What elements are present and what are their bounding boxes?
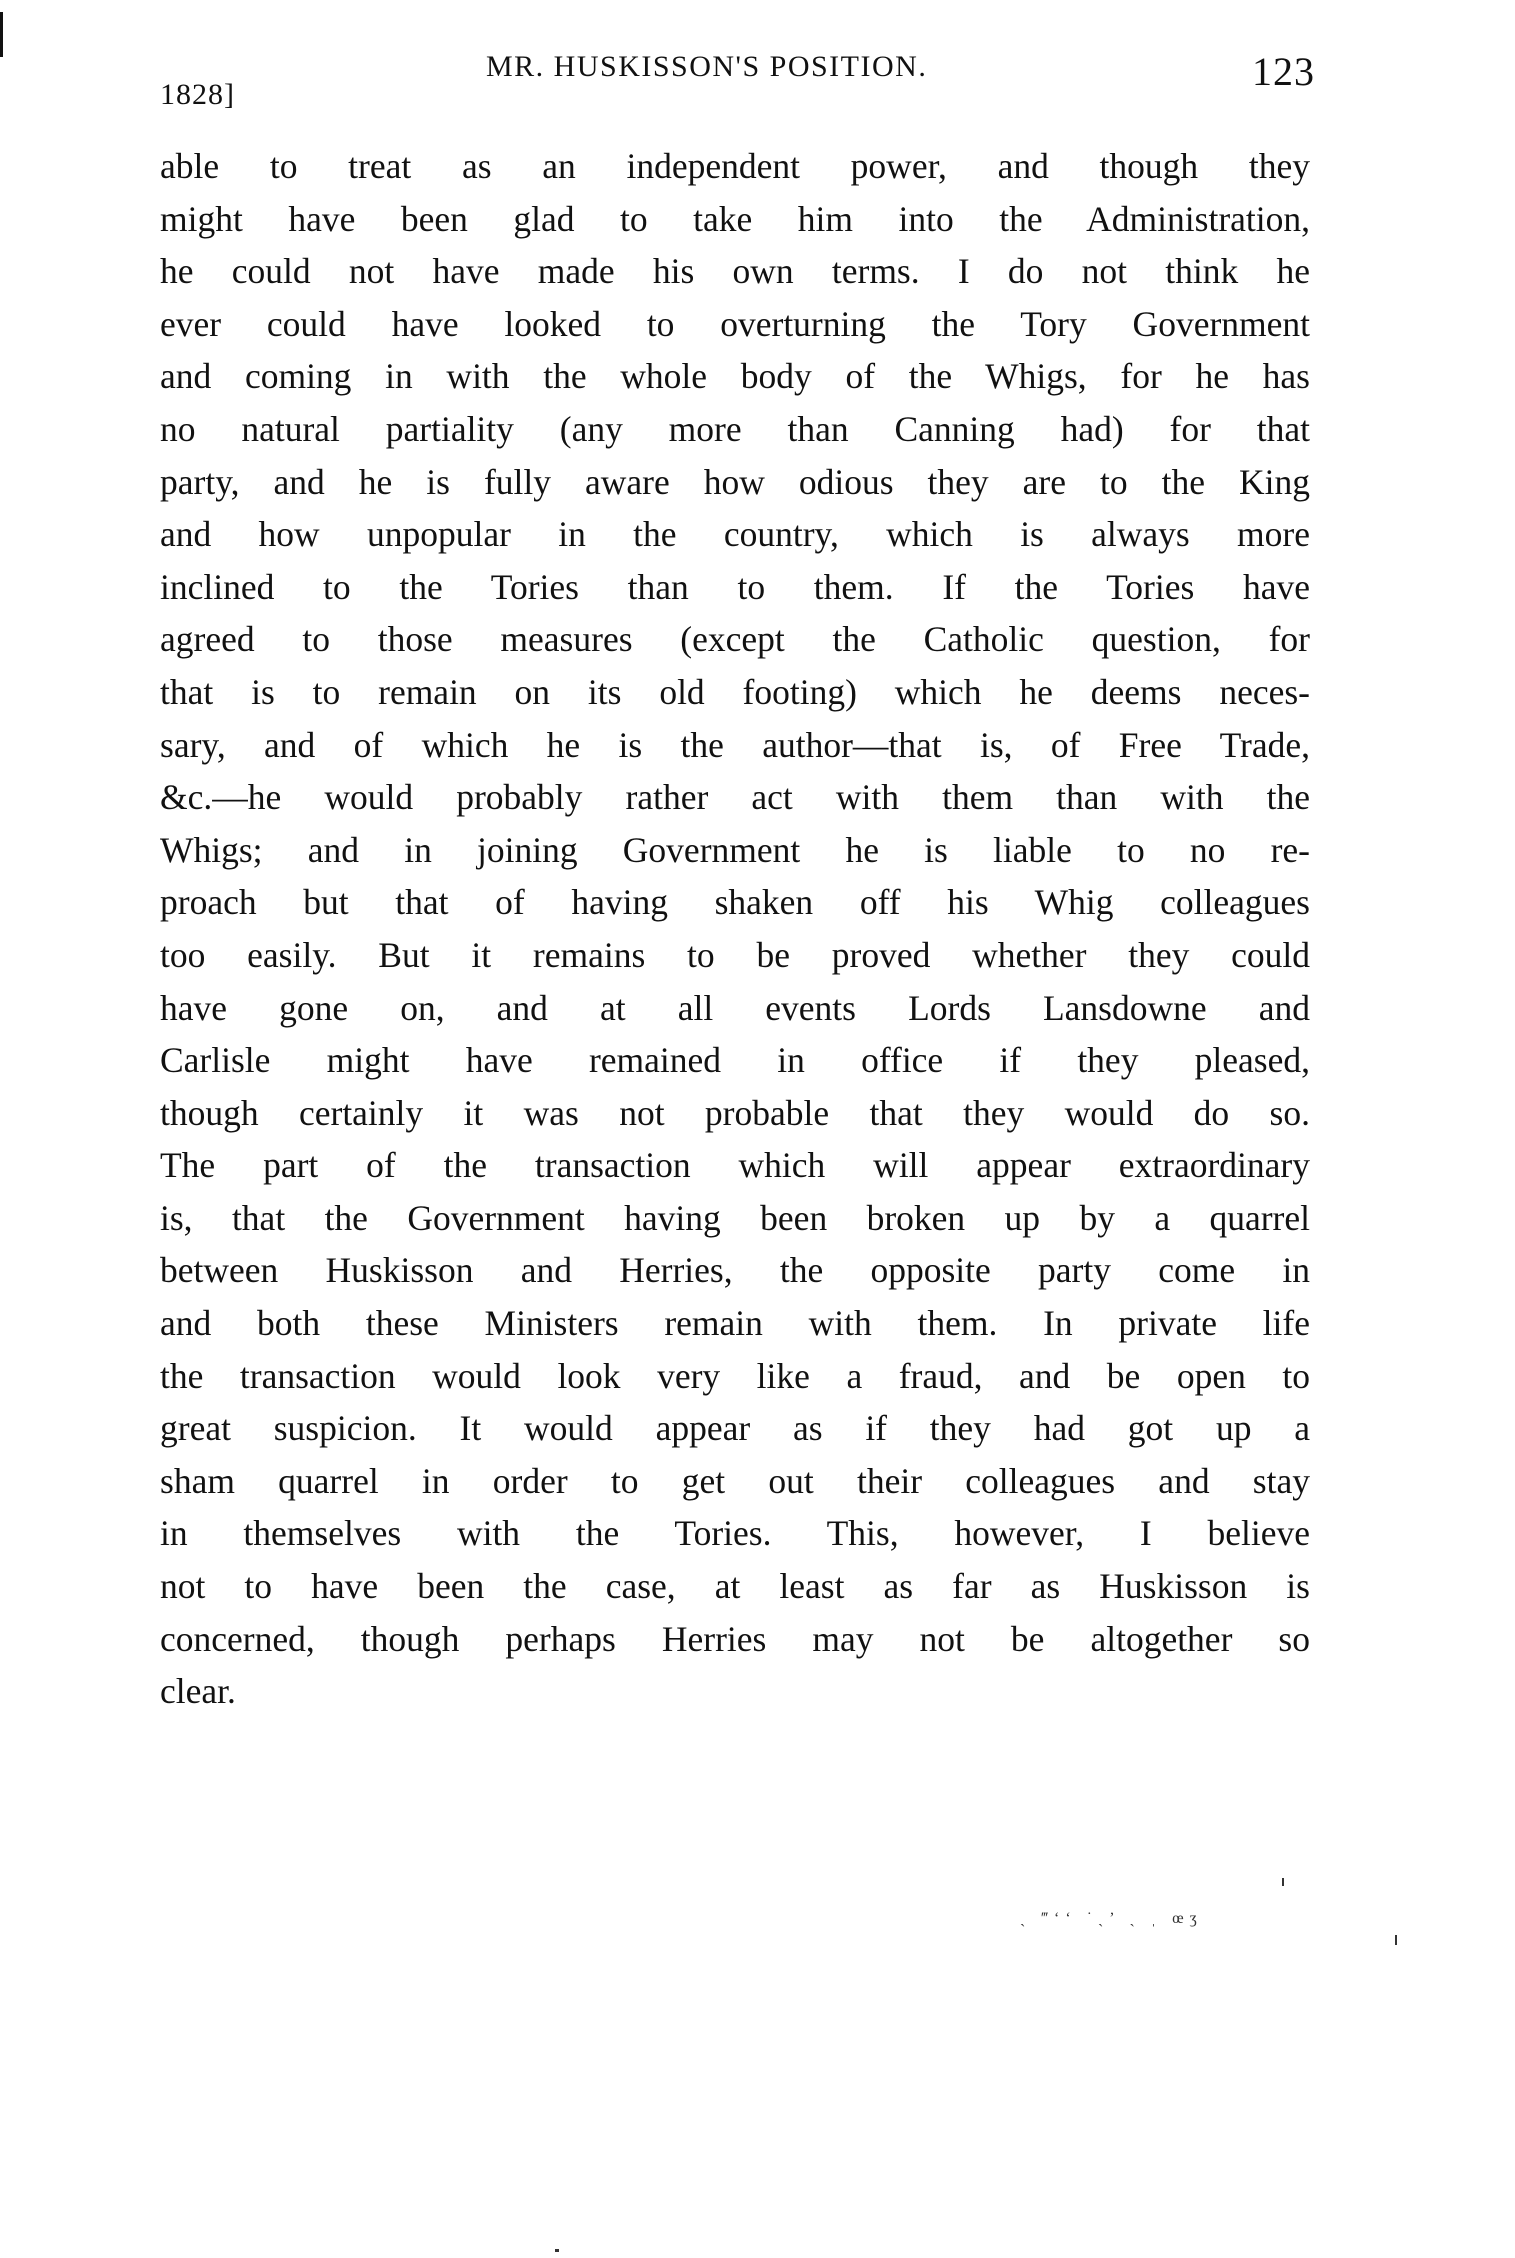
text-line: &c.—he would probably rather act with th… [160, 771, 1310, 824]
text-line: great suspicion. It would appear as if t… [160, 1402, 1310, 1455]
text-line: sary, and of which he is the author—that… [160, 719, 1310, 772]
text-line: between Huskisson and Herries, the oppos… [160, 1244, 1310, 1297]
text-line: the transaction would look very like a f… [160, 1350, 1310, 1403]
scan-speck [1282, 1878, 1284, 1886]
scan-speck [555, 2249, 559, 2252]
body-text: able to treat as an independent power, a… [160, 140, 1310, 1718]
text-line: though certainly it was not probable tha… [160, 1087, 1310, 1140]
text-line: The part of the transaction which will a… [160, 1139, 1310, 1192]
text-line: no natural partiality (any more than Can… [160, 403, 1310, 456]
scan-speck [1395, 1935, 1397, 1945]
text-line: Carlisle might have remained in office i… [160, 1034, 1310, 1087]
text-line: might have been glad to take him into th… [160, 193, 1310, 246]
text-line: and coming in with the whole body of the… [160, 350, 1310, 403]
text-line: and both these Ministers remain with the… [160, 1297, 1310, 1350]
text-line: Whigs; and in joining Government he is l… [160, 824, 1310, 877]
text-line: and how unpopular in the country, which … [160, 508, 1310, 561]
text-line: that is to remain on its old footing) wh… [160, 666, 1310, 719]
text-line: clear. [160, 1665, 1310, 1718]
scan-edge-mark [0, 12, 3, 57]
text-line: concerned, though perhaps Herries may no… [160, 1613, 1310, 1666]
text-line: sham quarrel in order to get out their c… [160, 1455, 1310, 1508]
text-line: have gone on, and at all events Lords La… [160, 982, 1310, 1035]
text-line: party, and he is fully aware how odious … [160, 456, 1310, 509]
text-line: in themselves with the Tories. This, how… [160, 1507, 1310, 1560]
text-line: able to treat as an independent power, a… [160, 140, 1310, 193]
text-line: he could not have made his own terms. I … [160, 245, 1310, 298]
text-line: agreed to those measures (except the Cat… [160, 613, 1310, 666]
header-year: 1828] [160, 78, 235, 112]
text-line: not to have been the case, at least as f… [160, 1560, 1310, 1613]
running-title: MR. HUSKISSON'S POSITION. [486, 50, 927, 84]
scan-noise: ˎ ‴ʻʻ ˙ˎ’ ˎ ˌ œʒ [1020, 1910, 1203, 1928]
text-line: proach but that of having shaken off his… [160, 876, 1310, 929]
text-line: inclined to the Tories than to them. If … [160, 561, 1310, 614]
text-line: is, that the Government having been brok… [160, 1192, 1310, 1245]
text-line: too easily. But it remains to be proved … [160, 929, 1310, 982]
page-number: 123 [1252, 48, 1315, 95]
text-line: ever could have looked to overturning th… [160, 298, 1310, 351]
